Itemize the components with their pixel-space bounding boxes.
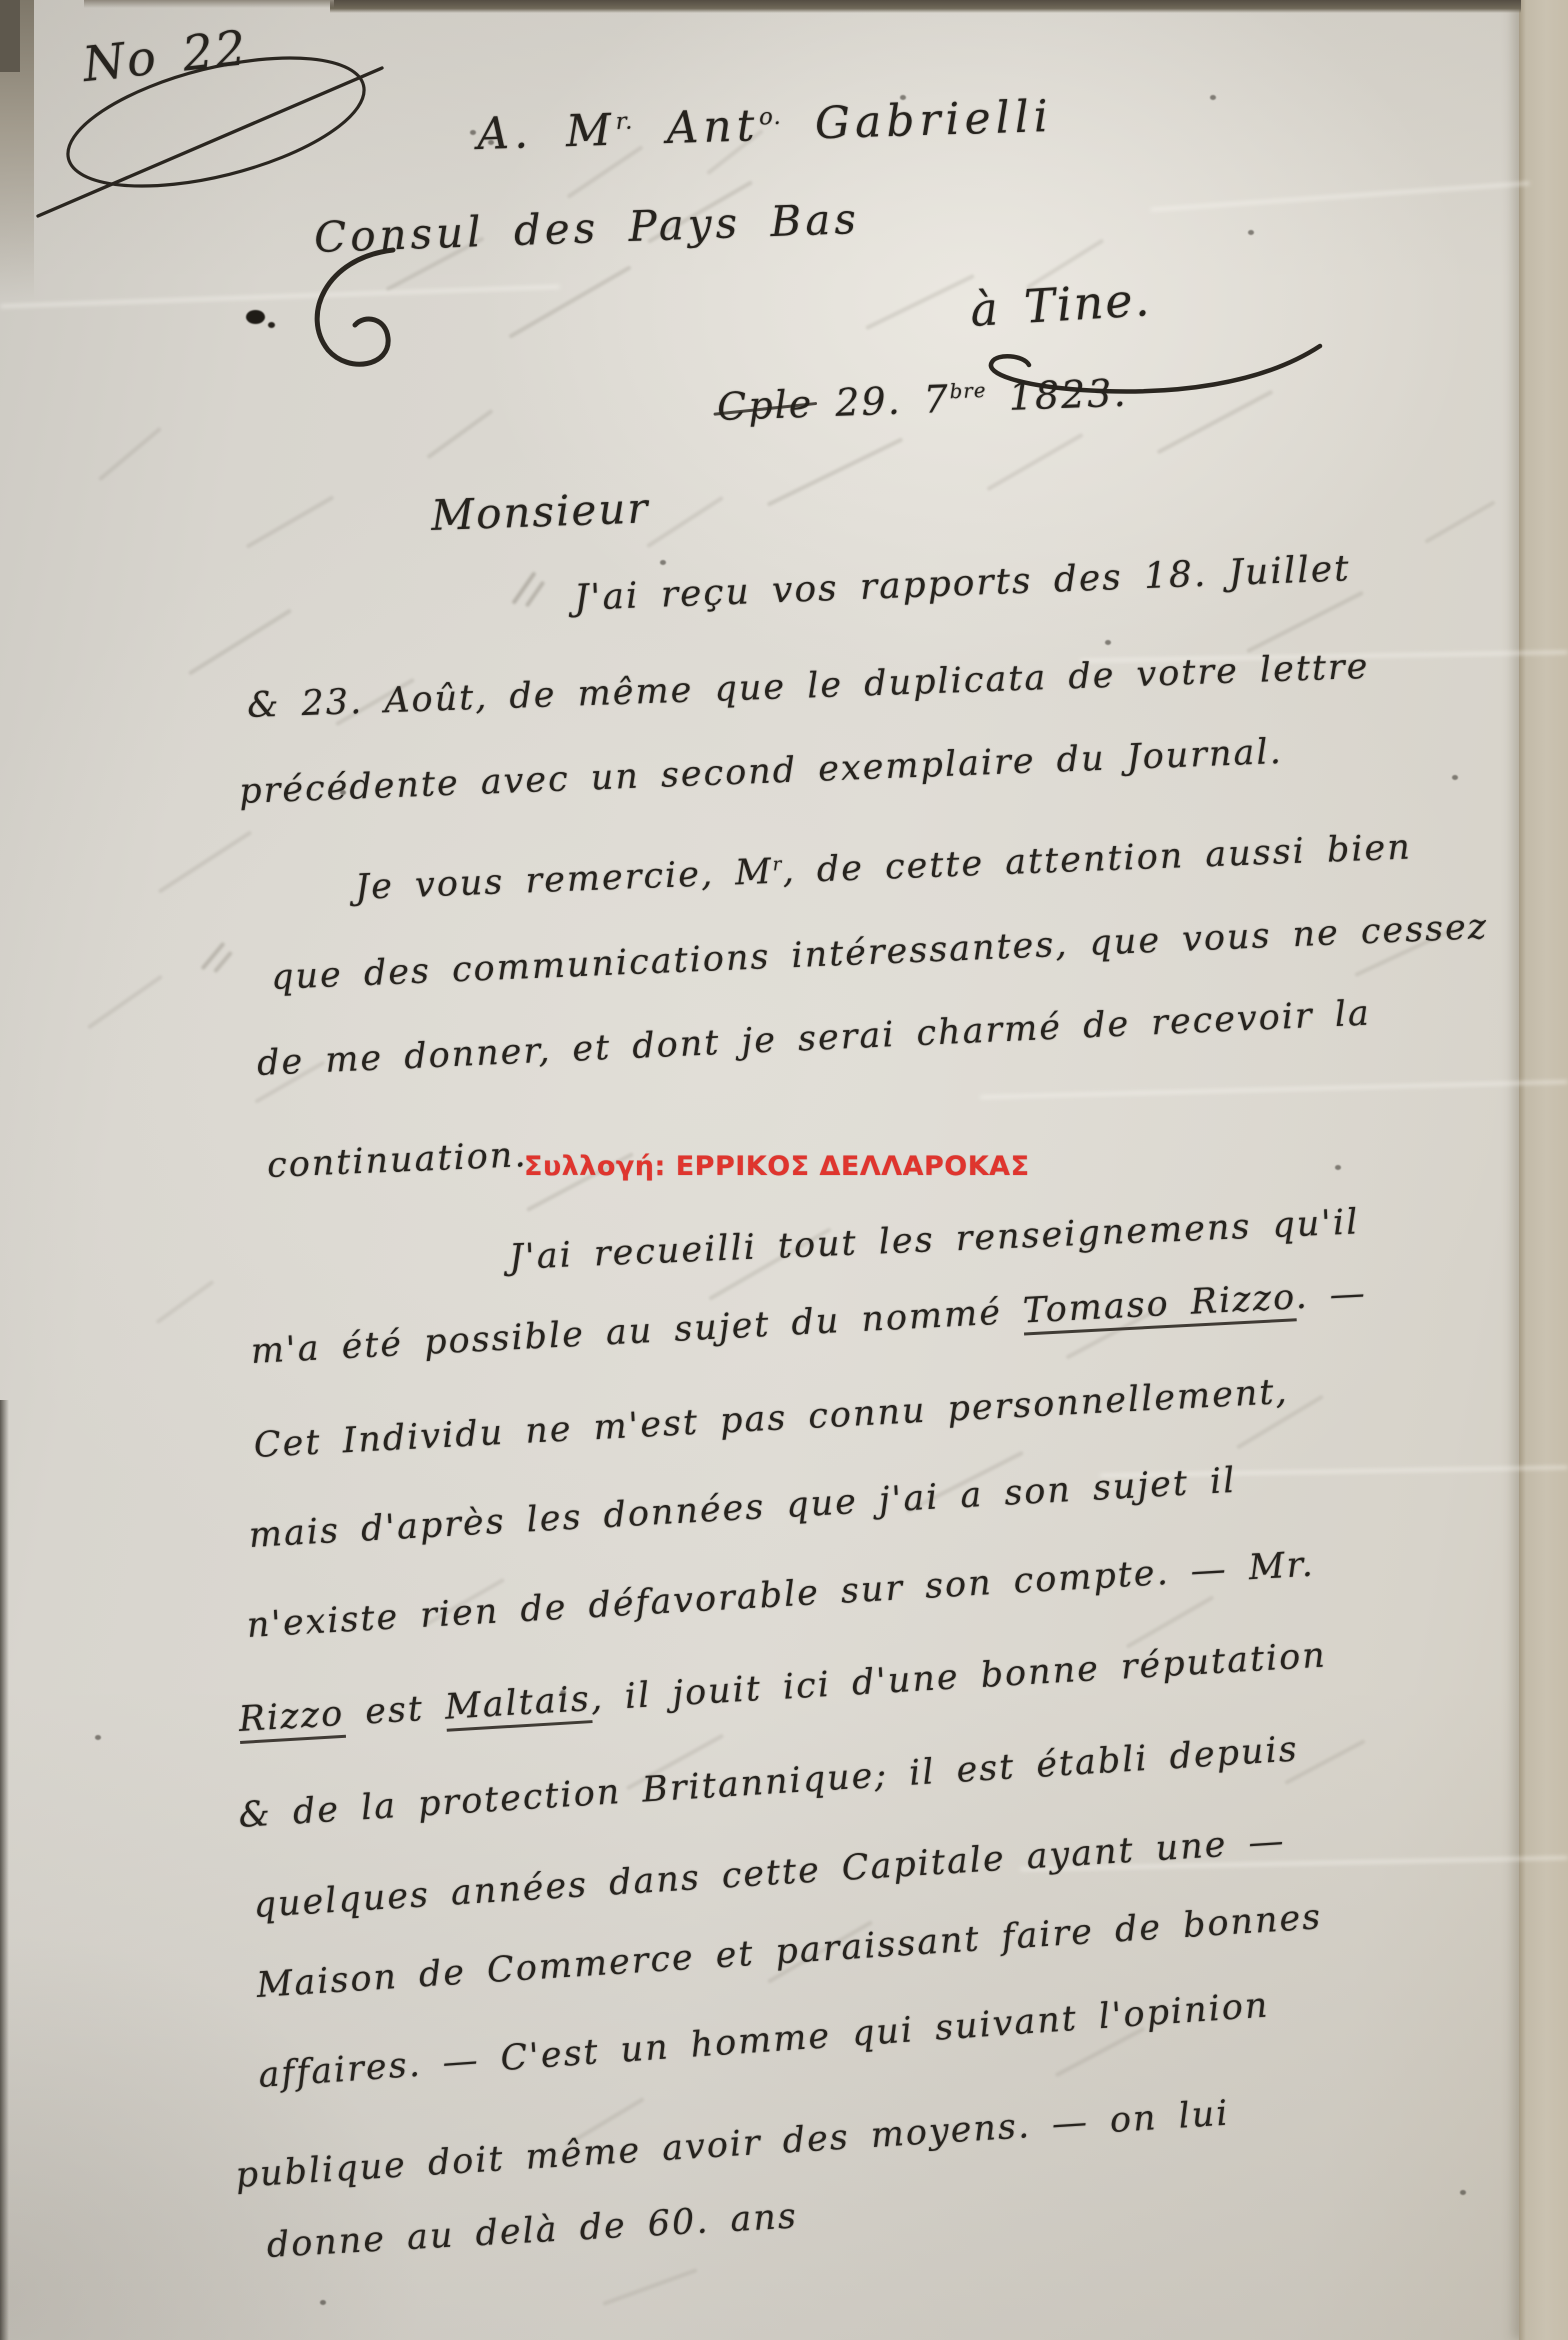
ink-speck	[1105, 640, 1111, 645]
paper-edge-left	[0, 1400, 9, 2340]
date-day: 29. 7	[812, 377, 950, 426]
ink-speck	[660, 560, 666, 565]
ink-speck	[1335, 1165, 1341, 1170]
underlined-nationality: Maltais	[444, 1679, 592, 1732]
ink-speck	[1460, 2190, 1466, 2195]
letter-photo: No 22 A. Mr. Anto. Gabrielli Consul des …	[0, 0, 1568, 2340]
salutation: Monsieur	[430, 484, 650, 540]
paper-edge-top	[330, 0, 1521, 13]
recipient-sup-r: r.	[615, 108, 634, 135]
ink-blot-small	[268, 322, 275, 328]
date-year: 1823.	[986, 371, 1128, 420]
struck-place-name: Cple	[716, 382, 814, 429]
paper-corner-shadow	[0, 0, 20, 72]
capital-flourish	[295, 244, 435, 384]
ink-speck	[95, 1735, 101, 1740]
date-month-sup: bre	[949, 379, 987, 403]
place-line: à Tine.	[969, 273, 1153, 337]
body-line-13-mid: est	[343, 1688, 446, 1734]
recipient-sup-o: o.	[759, 104, 782, 131]
collection-watermark: Συλλογή: ΕΡΡΙΚΟΣ ΔΕΛΛΑΡΟΚΑΣ	[524, 1151, 1030, 1182]
ink-speck	[1210, 95, 1216, 100]
body-line-9-post: . —	[1294, 1274, 1367, 1318]
ink-speck	[1248, 230, 1254, 235]
paper-edge-right	[1519, 0, 1568, 2340]
ink-speck	[320, 2300, 326, 2305]
recipient-surname: Gabrielli	[781, 91, 1053, 150]
paper-edge-top-left	[84, 0, 334, 8]
ink-speck	[470, 130, 476, 135]
underlined-surname: Rizzo	[238, 1694, 346, 1744]
ink-speck	[1452, 775, 1458, 780]
ink-blot	[246, 310, 265, 324]
recipient-text: A. M	[476, 105, 616, 160]
recipient-text-mid: Ant	[633, 100, 760, 155]
